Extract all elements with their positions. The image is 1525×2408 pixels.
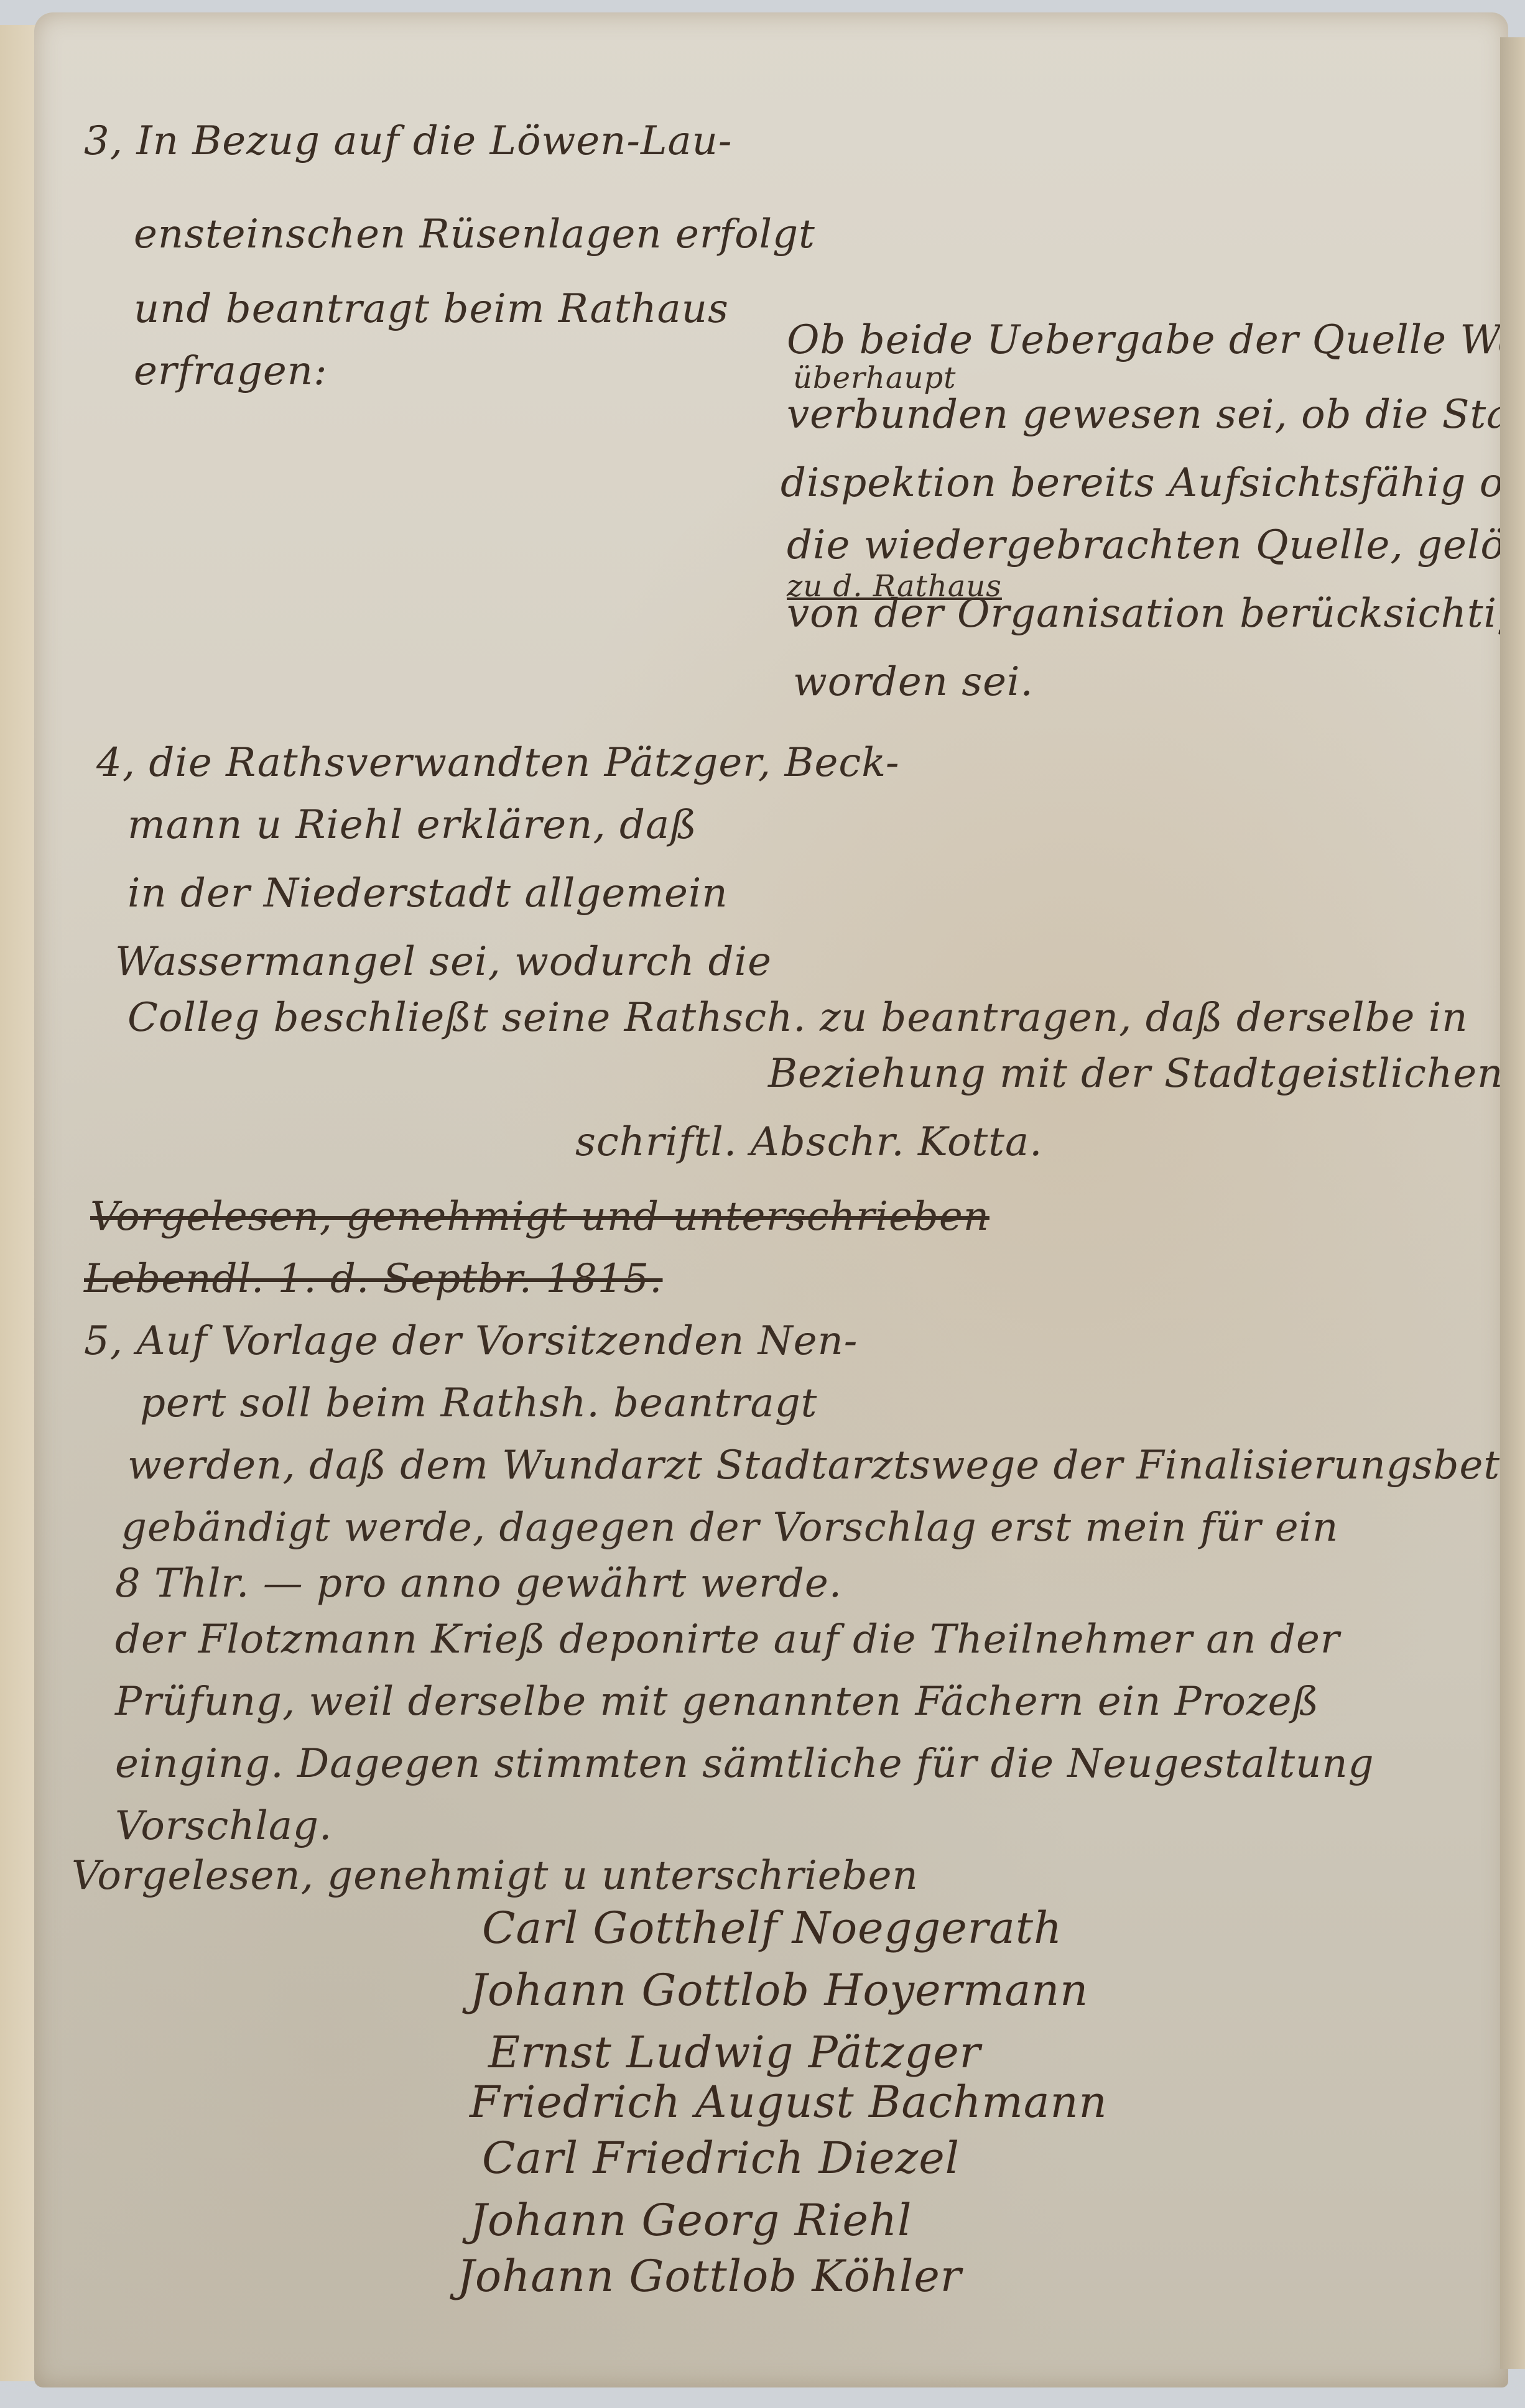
closing-formula: Vorgelesen, genehmigt u unterschrieben bbox=[72, 1853, 919, 1899]
item5-line-7: Prüfung, weil derselbe mit genannten Fäc… bbox=[115, 1679, 1319, 1725]
item5-line-2: pert soll beim Rathsh. beantragt bbox=[140, 1380, 817, 1426]
text: In Bezug auf die Löwen-Lau- bbox=[136, 118, 732, 164]
note-line-5: von der Organisation berücksichtigt bbox=[787, 591, 1525, 637]
signature-2: Johann Gottlob Hoyermann bbox=[470, 1965, 1088, 2016]
item5-line-9: Vorschlag. bbox=[115, 1803, 332, 1849]
signature-7: Johann Gottlob Köhler bbox=[457, 2251, 962, 2302]
item-number: 5, bbox=[84, 1318, 123, 1364]
note-insert-1: überhaupt bbox=[793, 361, 956, 395]
note-line-2: verbunden gewesen sei, ob die Stan- bbox=[787, 392, 1525, 438]
note-line-6: worden sei. bbox=[793, 659, 1034, 705]
item3-line-3: und beantragt beim Rathaus bbox=[134, 286, 729, 332]
adjacent-page-edge-right bbox=[1500, 37, 1525, 2369]
text: die Rathsverwandten Pätzger, Beck- bbox=[149, 740, 899, 786]
struck-line-2: Lebendl. 1. d. Septbr. 1815. bbox=[84, 1256, 662, 1302]
item-number: 4, bbox=[96, 740, 136, 786]
struck-line-1: Vorgelesen, genehmigt und unterschrieben bbox=[90, 1194, 990, 1240]
note-line-3: dispektion bereits Aufsichtsfähig oder bbox=[781, 460, 1525, 506]
signature-1: Carl Gotthelf Noeggerath bbox=[482, 1903, 1062, 1954]
manuscript-page: 3, In Bezug auf die Löwen-Lau- ensteinsc… bbox=[34, 12, 1508, 2387]
note-line-4: die wiedergebrachten Quelle, gelöst bbox=[787, 522, 1525, 568]
item-number: 3, bbox=[84, 118, 123, 164]
item5-line-3: werden, daß dem Wundarzt Stadtarztswege … bbox=[127, 1442, 1525, 1488]
item4-line-6: Beziehung mit der Stadtgeistlichen bbox=[768, 1051, 1503, 1097]
item3-line-2: ensteinschen Rüsenlagen erfolgt bbox=[134, 211, 815, 257]
item3-line-4: erfragen: bbox=[134, 348, 328, 394]
item5-line-8: einging. Dagegen stimmten sämtliche für … bbox=[115, 1741, 1374, 1787]
item4-line-3: in der Niederstadt allgemein bbox=[127, 870, 728, 916]
signature-6: Johann Georg Riehl bbox=[470, 2195, 912, 2246]
signature-3: Ernst Ludwig Pätzger bbox=[488, 2027, 981, 2078]
item4-line-4: Wassermangel sei, wodurch die bbox=[115, 939, 772, 985]
item5-line-6: der Flotzmann Krieß deponirte auf die Th… bbox=[115, 1617, 1340, 1663]
item4-closing: schriftl. Abschr. Kotta. bbox=[575, 1119, 1042, 1165]
signature-5: Carl Friedrich Diezel bbox=[482, 2133, 960, 2184]
item5-line-5: 8 Thlr. — pro anno gewährt werde. bbox=[115, 1561, 842, 1607]
item3-line-1: 3, In Bezug auf die Löwen-Lau- bbox=[84, 118, 733, 164]
item5-line-1: 5, Auf Vorlage der Vorsitzenden Nen- bbox=[84, 1318, 858, 1364]
signature-4: Friedrich August Bachmann bbox=[470, 2077, 1108, 2128]
text: Auf Vorlage der Vorsitzenden Nen- bbox=[136, 1318, 858, 1364]
item5-line-4: gebändigt werde, dagegen der Vorschlag e… bbox=[121, 1505, 1338, 1551]
item4-line-5: Colleg beschließt seine Rathsch. zu bean… bbox=[127, 995, 1468, 1041]
item4-line-2: mann u Riehl erklären, daß bbox=[127, 802, 697, 848]
note-line-1: Ob beide Uebergabe der Quelle Wasse- bbox=[787, 317, 1525, 363]
item4-line-1: 4, die Rathsverwandten Pätzger, Beck- bbox=[96, 740, 899, 786]
